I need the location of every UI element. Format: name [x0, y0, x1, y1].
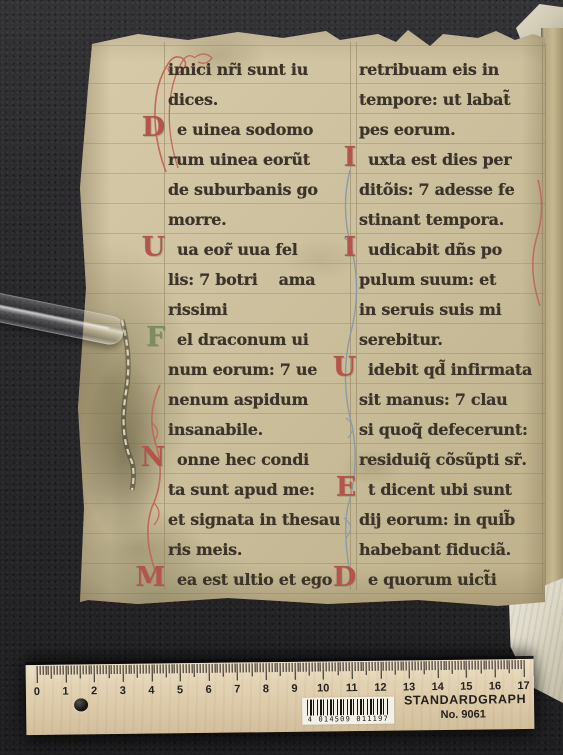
ruler-tick	[277, 663, 278, 672]
ruler-tick	[177, 664, 178, 673]
ruler-tick	[185, 664, 186, 673]
ruler-tick	[346, 662, 347, 671]
manuscript-line: nenum aspidum	[168, 385, 358, 415]
ruler-tick	[48, 666, 49, 675]
ruler-tick	[180, 664, 181, 681]
ruler-tick	[151, 665, 152, 682]
line-text: ris meis.	[168, 540, 242, 559]
line-text: udicabit dñs po	[368, 240, 502, 259]
ruler-tick	[168, 664, 169, 673]
manuscript-line: pulum suum: et	[359, 265, 549, 295]
ruler-tick	[248, 663, 249, 672]
ruler-tick	[489, 660, 490, 669]
ruler-tick	[57, 666, 58, 675]
ruler-tick	[435, 661, 436, 670]
ruler-tick	[380, 662, 381, 679]
ruler-tick	[68, 666, 69, 675]
ruler-tick	[211, 664, 212, 673]
ruler-tick	[214, 664, 215, 673]
manuscript-line: rum uinea eorũt	[168, 145, 358, 175]
ruler-tick	[383, 662, 384, 671]
manuscript-line: et signata in thesau	[168, 505, 358, 535]
manuscript-line: Uua eor̃ uua fel	[168, 235, 358, 265]
manuscript-line: De quorum uict̃i	[359, 565, 549, 595]
barcode-bars	[307, 699, 389, 716]
ruler-tick	[257, 663, 258, 672]
ruler-tick	[352, 662, 353, 679]
ruler-tick	[300, 663, 301, 672]
line-text: el draconum ui	[177, 330, 309, 349]
ruler-tick	[94, 665, 95, 682]
line-text: stinant tempora.	[359, 210, 504, 229]
ruler-tick	[452, 661, 453, 674]
ruler-tick	[483, 661, 484, 670]
ruler-number: 8	[254, 682, 278, 696]
line-text: dij eorum: in quib̃	[359, 510, 515, 529]
line-text: lis: 7 botri ama	[168, 270, 315, 289]
ruler-tick	[377, 662, 378, 671]
ruler-tick	[469, 661, 470, 670]
ruler-tick	[271, 663, 272, 672]
manuscript-line: lis: 7 botri ama	[168, 265, 358, 295]
ruler-tick	[148, 665, 149, 674]
ruler-number: 2	[82, 684, 106, 698]
line-text: dices.	[168, 90, 218, 109]
line-text: idebit qd̃ infirmata	[368, 360, 532, 379]
line-text: sit manus: 7 clau	[359, 390, 508, 409]
manuscript-line: de suburbanis go	[168, 175, 358, 205]
ruler-number: 6	[197, 683, 221, 697]
line-text: ta sunt apud me:	[168, 480, 315, 499]
ruler-tick	[183, 664, 184, 673]
ruler-number: 10	[311, 681, 335, 695]
manuscript-line: num eorum: 7 ue	[168, 355, 358, 385]
ruler-tick	[234, 664, 235, 673]
ruler-tick	[280, 663, 281, 676]
ruler-tick	[495, 660, 496, 677]
manuscript-line: pes eorum.	[359, 115, 549, 145]
line-text: rissimi	[168, 300, 228, 319]
ruler-tick	[314, 663, 315, 672]
ruler-tick	[59, 666, 60, 675]
ruler-tick	[134, 665, 135, 674]
ruler-number: 7	[225, 682, 249, 696]
ruler-tick	[397, 662, 398, 671]
ruler-number: 4	[139, 683, 163, 697]
ruler-tick	[343, 662, 344, 671]
ruler-tick	[157, 664, 158, 673]
line-text: e quorum uict̃i	[368, 570, 497, 589]
line-text: nenum aspidum	[168, 390, 308, 409]
ruler-tick	[251, 663, 252, 676]
ruler-tick	[323, 662, 324, 679]
ruler-tick	[240, 663, 241, 672]
manuscript-line: Et dicent ubi sunt	[359, 475, 549, 505]
ruler-tick	[274, 663, 275, 672]
manuscript-line: ditõis: 7 adesse fe	[359, 175, 549, 205]
ruler-tick	[263, 663, 264, 672]
ruler-tick	[254, 663, 255, 672]
ruler-tick	[228, 664, 229, 673]
manuscript-line: habebant fiduciã.	[359, 535, 549, 565]
manuscript-line: Iuxta est dies per	[359, 145, 549, 175]
manuscript-line: Iudicabit dñs po	[359, 235, 549, 265]
illuminated-initial: M	[135, 563, 165, 593]
ruler-tick	[337, 662, 338, 675]
line-text: pulum suum: et	[359, 270, 496, 289]
ruler-tick	[320, 662, 321, 671]
ruler-number: 3	[111, 684, 135, 698]
ruler-tick	[386, 662, 387, 671]
ruler-tick	[37, 666, 38, 683]
ruler-tick	[500, 660, 501, 669]
ruler-tick	[426, 661, 427, 670]
illuminated-initial: I	[344, 233, 356, 263]
ruler-tick	[205, 664, 206, 673]
manuscript-line: imici nr̃i sunt iu	[168, 55, 358, 85]
ruler-tick	[492, 660, 493, 669]
ruler-tick	[105, 665, 106, 674]
ruler-tick	[400, 662, 401, 671]
ruler-tick	[128, 665, 129, 674]
line-text: de suburbanis go	[168, 180, 318, 199]
ruler-tick	[363, 662, 364, 671]
ruler-tick	[520, 660, 521, 669]
manuscript-line: retribuam eis in	[359, 55, 549, 85]
line-text: tempore: ut labat̃	[359, 90, 510, 109]
line-text: e uinea sodomo	[177, 120, 313, 139]
ruler-tick	[243, 663, 244, 672]
ruler-tick	[523, 660, 524, 677]
ruler-tick	[423, 661, 424, 674]
manuscript-line: serebitur.	[359, 325, 549, 355]
ruler-tick	[366, 662, 367, 675]
ruler-tick	[42, 666, 43, 675]
line-text: habebant fiduciã.	[359, 540, 511, 559]
ruler-tick	[88, 665, 89, 674]
ruler-tick	[220, 664, 221, 673]
manuscript-line: Mea est ultio et ego	[168, 565, 358, 595]
line-text: serebitur.	[359, 330, 443, 349]
ruler-tick	[360, 662, 361, 671]
ruler-tick	[237, 664, 238, 681]
ruler-tick	[480, 661, 481, 674]
ruler-hole	[74, 698, 88, 711]
ruler-tick	[455, 661, 456, 670]
ruler-tick	[226, 664, 227, 673]
ruler-tick	[154, 665, 155, 674]
ruler-tick	[472, 661, 473, 670]
ruler: 01234567891011121314151617 4 014509 0111…	[26, 659, 535, 735]
text-column-left: imici nr̃i sunt iudices.De uinea sodomor…	[168, 55, 358, 595]
manuscript-page: imici nr̃i sunt iudices.De uinea sodomor…	[78, 28, 545, 606]
ruler-tick	[223, 664, 224, 677]
ruler-tick	[54, 666, 55, 675]
ruler-tick	[197, 664, 198, 673]
manuscript-line: insanabile.	[168, 415, 358, 445]
ruler-tick	[409, 661, 410, 678]
ruler-tick	[97, 665, 98, 674]
manuscript-line: in seruis suis mi	[359, 295, 549, 325]
ruler-tick	[311, 663, 312, 672]
line-text: insanabile.	[168, 420, 263, 439]
ruler-brand-block: STANDARDGRAPH No. 9061	[404, 692, 522, 722]
ruler-tick	[512, 660, 513, 669]
ruler-number: 11	[340, 681, 364, 695]
ruler-tick	[268, 663, 269, 672]
ruler-tick	[203, 664, 204, 673]
manuscript-line: Uidebit qd̃ infirmata	[359, 355, 549, 385]
ruler-tick	[349, 662, 350, 671]
line-text: pes eorum.	[359, 120, 455, 139]
illuminated-initial: I	[344, 143, 356, 173]
ruler-tick	[460, 661, 461, 670]
ruler-tick	[306, 663, 307, 672]
ruler-number: 12	[368, 681, 392, 695]
manuscript-line: De uinea sodomo	[168, 115, 358, 145]
ruler-tick	[165, 664, 166, 677]
ruler-tick	[340, 662, 341, 671]
ruler-tick	[449, 661, 450, 670]
ruler-tick	[71, 666, 72, 675]
ruler-number: 0	[25, 685, 49, 699]
illuminated-initial: D	[333, 563, 356, 593]
ruler-tick	[171, 664, 172, 673]
ruler-tick	[417, 661, 418, 670]
ruler-tick	[466, 661, 467, 678]
ruler-tick	[403, 661, 404, 670]
ruler-tick	[100, 665, 101, 674]
ruler-tick	[291, 663, 292, 672]
manuscript-line: rissimi	[168, 295, 358, 325]
manuscript-line: ris meis.	[168, 535, 358, 565]
ruler-tick	[266, 663, 267, 680]
line-text: ua eor̃ uua fel	[177, 240, 298, 259]
ruler-tick	[369, 662, 370, 671]
ruler-tick	[102, 665, 103, 674]
ruler-tick	[80, 665, 81, 678]
manuscript-line: ta sunt apud me:	[168, 475, 358, 505]
ruler-tick	[163, 664, 164, 673]
ruler-tick	[317, 663, 318, 672]
ruler-tick	[217, 664, 218, 673]
ruler-tick	[389, 662, 390, 671]
ruler-tick	[145, 665, 146, 674]
ruler-tick	[200, 664, 201, 673]
ruler-brand: STANDARDGRAPH	[404, 692, 522, 708]
ruler-tick	[475, 661, 476, 670]
ruler-tick	[412, 661, 413, 670]
manuscript-line: stinant tempora.	[359, 205, 549, 235]
illuminated-initial: E	[336, 473, 356, 503]
ruler-tick	[331, 662, 332, 671]
illuminated-initial: U	[333, 353, 356, 383]
illuminated-initial: U	[142, 233, 165, 263]
ruler-tick	[51, 666, 52, 679]
ruler-tick	[188, 664, 189, 673]
ruler-number: 5	[168, 683, 192, 697]
ruler-tick	[509, 660, 510, 673]
illuminated-initial: F	[146, 323, 165, 353]
manuscript-line: Fel draconum ui	[168, 325, 358, 355]
ruler-tick	[429, 661, 430, 670]
ruler-tick	[406, 661, 407, 670]
line-text: onne hec condi	[177, 450, 309, 469]
ruler-tick	[140, 665, 141, 674]
ruler-tick	[294, 663, 295, 680]
ruler-tick	[39, 666, 40, 675]
ruler-tick	[329, 662, 330, 671]
ruler-tick	[231, 664, 232, 673]
ruler-tick	[309, 663, 310, 676]
ruler-tick	[374, 662, 375, 671]
ruler-tick	[131, 665, 132, 674]
ruler-number: 1	[53, 684, 77, 698]
line-text: ea est ultio et ego	[177, 570, 332, 589]
ruler-tick	[160, 664, 161, 673]
ruler-tick	[111, 665, 112, 674]
manuscript-line: Nonne hec condi	[168, 445, 358, 475]
ruler-tick	[91, 665, 92, 674]
line-text: residuiq̃ cõsũpti sr̃.	[359, 450, 527, 469]
ruler-tick	[503, 660, 504, 669]
ruler-tick	[440, 661, 441, 670]
line-text: si quoq̃ defecerunt:	[359, 420, 528, 439]
ruler-tick	[82, 665, 83, 674]
ruler-number: 9	[282, 682, 306, 696]
ruler-tick	[486, 660, 487, 669]
ruler-tick	[334, 662, 335, 671]
ruler-tick	[506, 660, 507, 669]
ruler-tick	[303, 663, 304, 672]
barcode-digits: 4 014509 011197	[302, 715, 394, 725]
line-text: t dicent ubi sunt	[368, 480, 512, 499]
ruler-tick	[246, 663, 247, 672]
line-text: rum uinea eorũt	[168, 150, 310, 169]
ruler-tick	[326, 662, 327, 671]
ruler-tick	[283, 663, 284, 672]
manuscript-line: residuiq̃ cõsũpti sr̃.	[359, 445, 549, 475]
ruler-tick	[122, 665, 123, 682]
ruler-tick	[85, 665, 86, 674]
illuminated-initial: N	[141, 443, 165, 473]
line-text: et signata in thesau	[168, 510, 340, 529]
ruler-tick	[125, 665, 126, 674]
ruler-tick	[289, 663, 290, 672]
ruler-tick	[354, 662, 355, 671]
ruler-tick	[414, 661, 415, 670]
ruler-tick	[372, 662, 373, 671]
ruler-tick	[260, 663, 261, 672]
manuscript-line: si quoq̃ defecerunt:	[359, 415, 549, 445]
manuscript-line: dij eorum: in quib̃	[359, 505, 549, 535]
line-text: in seruis suis mi	[359, 300, 501, 319]
line-text: ditõis: 7 adesse fe	[359, 180, 514, 199]
ruler-tick	[62, 666, 63, 675]
ruler-tick	[120, 665, 121, 674]
ruler-tick	[392, 662, 393, 671]
ruler-tick	[297, 663, 298, 672]
ruler-tick	[518, 660, 519, 669]
ruler-tick	[108, 665, 109, 678]
ruler-tick	[65, 666, 66, 683]
ruler-tick	[114, 665, 115, 674]
ruler-tick	[420, 661, 421, 670]
ruler-tick	[286, 663, 287, 672]
manuscript-line: tempore: ut labat̃	[359, 85, 549, 115]
ruler-tick	[432, 661, 433, 670]
line-text: morre.	[168, 210, 226, 229]
ruler-tick	[477, 661, 478, 670]
ruler-tick	[137, 665, 138, 678]
ruler-model: No. 9061	[404, 707, 522, 722]
pen-flourish-left-margin	[140, 383, 170, 578]
ruler-tick	[143, 665, 144, 674]
ruler-tick	[515, 660, 516, 669]
illuminated-initial: D	[142, 113, 165, 143]
ruler-tick	[446, 661, 447, 670]
ruler-tick	[457, 661, 458, 670]
ruler-tick	[437, 661, 438, 678]
ruler-tick	[117, 665, 118, 674]
manuscript-line: morre.	[168, 205, 358, 235]
ruler-tick	[208, 664, 209, 681]
ruler-tick	[463, 661, 464, 670]
ruler-tick	[498, 660, 499, 669]
text-column-right: retribuam eis intempore: ut labat̃pes eo…	[359, 55, 549, 595]
manuscript-line: sit manus: 7 clau	[359, 385, 549, 415]
barcode: 4 014509 011197	[302, 697, 394, 725]
ruler-tick	[174, 664, 175, 673]
ruler-tick	[77, 665, 78, 674]
line-text: uxta est dies per	[368, 150, 511, 169]
ruler-tick	[45, 666, 46, 675]
line-text: retribuam eis in	[359, 60, 499, 79]
line-text: imici nr̃i sunt iu	[168, 60, 308, 79]
ruler-tick	[194, 664, 195, 677]
manuscript-line: dices.	[168, 85, 358, 115]
ruler-tick	[191, 664, 192, 673]
ruler-tick	[394, 662, 395, 675]
ruler-tick	[74, 666, 75, 675]
line-text: num eorum: 7 ue	[168, 360, 317, 379]
ruler-tick	[357, 662, 358, 671]
ruler-tick	[443, 661, 444, 670]
